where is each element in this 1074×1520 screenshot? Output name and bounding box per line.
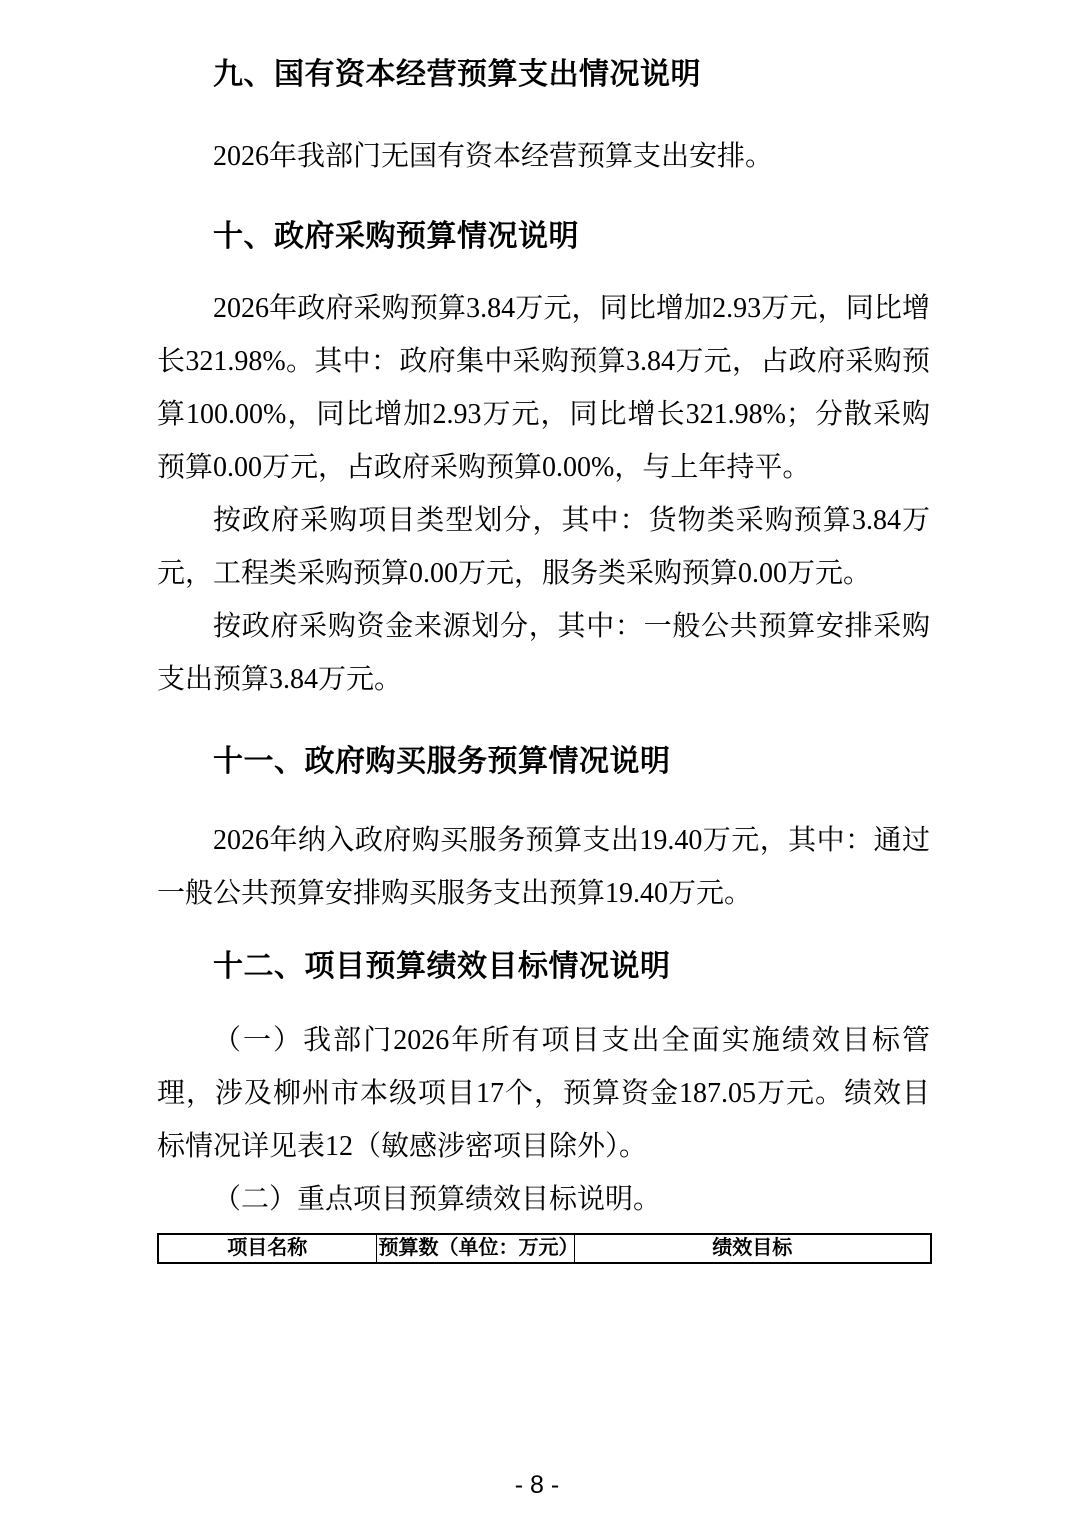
table-header-row: 项目名称 预算数（单位：万元） 绩效目标 — [158, 1234, 931, 1263]
document-content: 九、国有资本经营预算支出情况说明 2026年我部门无国有资本经营预算支出安排。 … — [157, 0, 930, 1264]
col-header-budget-amount: 预算数（单位：万元） — [376, 1234, 574, 1263]
section-heading-12: 十二、项目预算绩效目标情况说明 — [157, 947, 930, 987]
paragraph: （一）我部门2026年所有项目支出全面实施绩效目标管理，涉及柳州市本级项目17个… — [157, 1014, 930, 1173]
paragraph: 2026年纳入政府购买服务预算支出19.40万元，其中：通过一般公共预算安排购买… — [157, 814, 930, 920]
performance-goal-table: 项目名称 预算数（单位：万元） 绩效目标 — [157, 1233, 932, 1264]
paragraph: 按政府采购项目类型划分，其中：货物类采购预算3.84万元，工程类采购预算0.00… — [157, 494, 930, 600]
section-heading-10: 十、政府采购预算情况说明 — [157, 217, 930, 257]
paragraph: （二）重点项目预算绩效目标说明。 — [157, 1173, 930, 1226]
col-header-project-name: 项目名称 — [158, 1234, 376, 1263]
paragraph: 按政府采购资金来源划分，其中：一般公共预算安排采购支出预算3.84万元。 — [157, 600, 930, 706]
paragraph: 2026年政府采购预算3.84万元，同比增加2.93万元，同比增长321.98%… — [157, 282, 930, 494]
document-page: 九、国有资本经营预算支出情况说明 2026年我部门无国有资本经营预算支出安排。 … — [0, 0, 1074, 1520]
page-number: - 8 - — [0, 1470, 1074, 1500]
paragraph: 2026年我部门无国有资本经营预算支出安排。 — [157, 130, 930, 183]
section-heading-9: 九、国有资本经营预算支出情况说明 — [157, 55, 930, 95]
section-heading-11: 十一、政府购买服务预算情况说明 — [157, 742, 930, 782]
col-header-performance-goal: 绩效目标 — [574, 1234, 931, 1263]
